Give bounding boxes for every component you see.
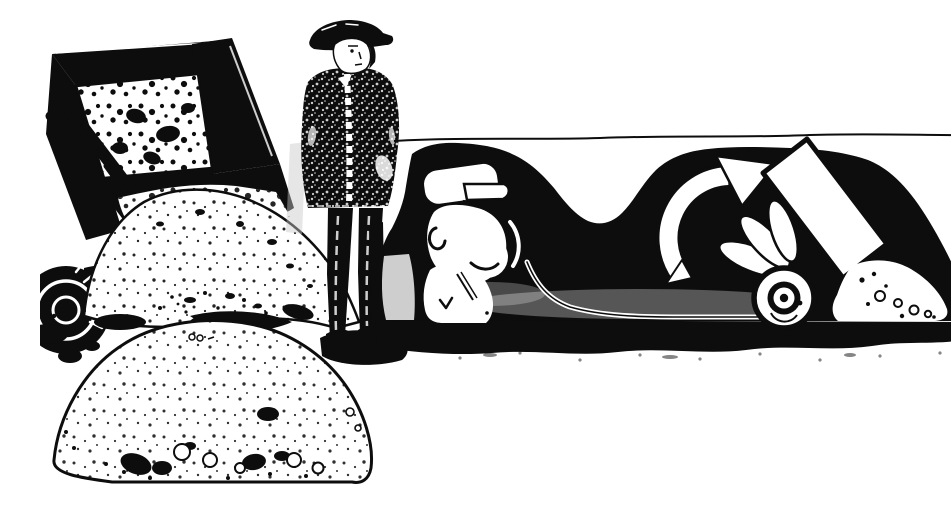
ground-line [394, 134, 951, 141]
trench-floor [375, 320, 951, 354]
machine-wheel [754, 268, 814, 328]
cartoon-illustration [40, 16, 951, 494]
bystander-head [309, 20, 393, 73]
bystander-jacket [301, 68, 399, 208]
digger-cap-brim [464, 184, 509, 200]
trench-section [369, 134, 951, 361]
